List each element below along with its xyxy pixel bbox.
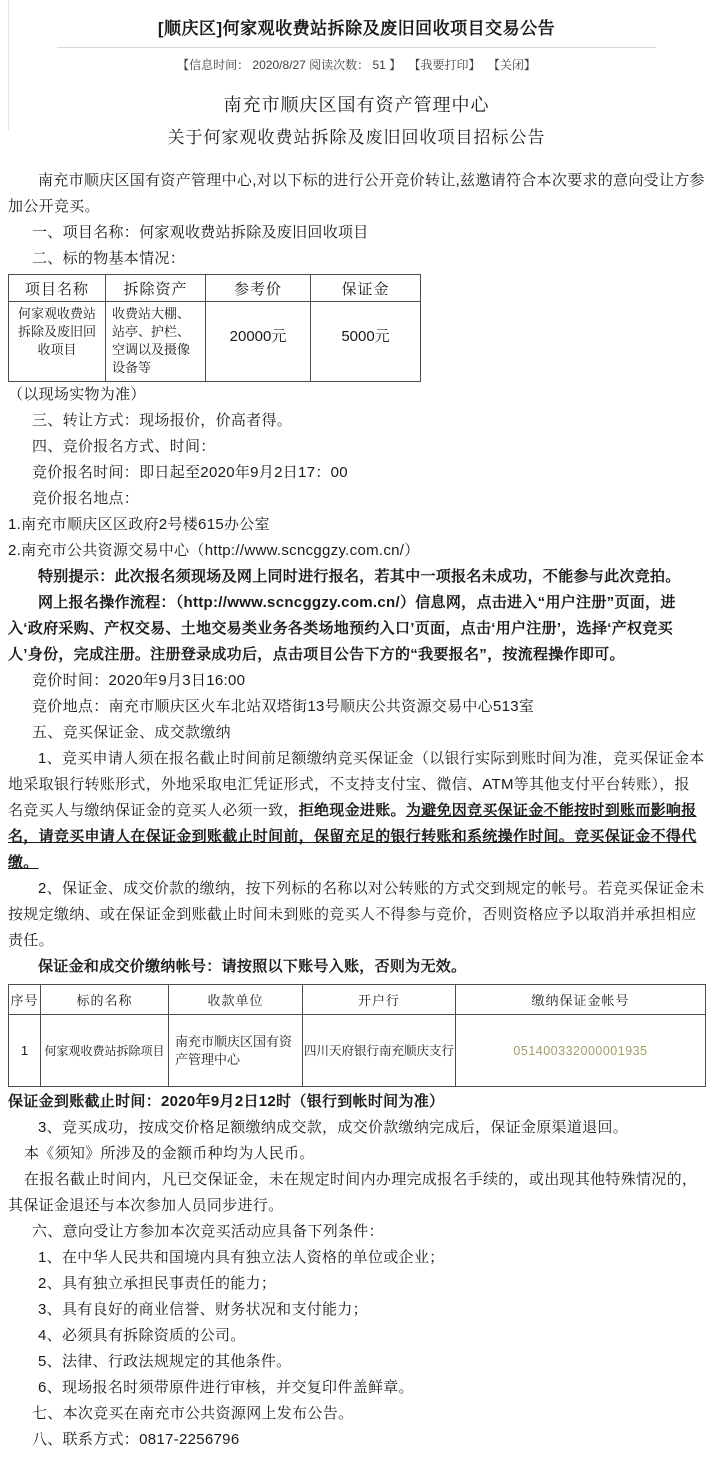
condition-item-1: 1、在中华人民共和国境内具有独立法人资格的单位或企业；: [8, 1245, 705, 1271]
section-subject-info: 二、标的物基本情况：: [8, 246, 705, 272]
signup-time: 竞价报名时间：即日起至2020年9月2日17：00: [8, 460, 705, 486]
condition-item-3: 3、具有良好的商业信誉、财务状况和支付能力；: [8, 1297, 705, 1323]
section-contact: 八、联系方式：0817-2256796: [8, 1427, 705, 1453]
print-button[interactable]: 【我要打印】: [409, 58, 481, 72]
table-row: 何家观收费站拆除及废旧回收项目 收费站大棚、站亭、护栏、空调以及摄像设备等 20…: [9, 302, 421, 382]
signup-place-2: 2.南充市公共资源交易中心（http://www.scncggzy.com.cn…: [8, 538, 705, 564]
table-row: 1 何家观收费站拆除项目 南充市顺庆区国有资产管理中心 四川天府银行南充顺庆支行…: [9, 1015, 706, 1087]
deposit-paragraph-2: 2、保证金、成交价款的缴纳，按下列标的名称以对公转账的方式交到规定的帐号。若竞买…: [8, 876, 705, 954]
col-bank: 开户行: [303, 985, 456, 1015]
title-divider: [57, 47, 656, 48]
section-deposit-payment: 五、竞买保证金、成交款缴纳: [8, 720, 705, 746]
bid-time: 竞价时间：2020年9月3日16:00: [8, 668, 705, 694]
subject-info-table: 项目名称 拆除资产 参考价 保证金 何家观收费站拆除及废旧回收项目 收费站大棚、…: [8, 274, 421, 382]
section-publish-site: 七、本次竞买在南充市公共资源网上发布公告。: [8, 1401, 705, 1427]
page-left-border: [8, 0, 9, 130]
condition-item-4: 4、必须具有拆除资质的公司。: [8, 1323, 705, 1349]
cell-deposit-account: 051400332000001935: [456, 1015, 706, 1087]
deposit-paragraph-3: 3、竞买成功，按成交价格足额缴纳成交款，成交价款缴纳完成后，保证金原渠道退回。: [8, 1115, 705, 1141]
deposit-deadline: 保证金到账截止时间：2020年9月2日12时（银行到帐时间为准）: [8, 1089, 705, 1115]
announcement-page: [顺庆区]何家观收费站拆除及废旧回收项目交易公告 【信息时间： 2020/8/2…: [0, 0, 713, 1473]
table-header-row: 项目名称 拆除资产 参考价 保证金: [9, 275, 421, 302]
section-conditions: 六、意向受让方参加本次竞买活动应具备下列条件：: [8, 1219, 705, 1245]
deposit-p1-bold: 拒绝现金进账。: [299, 802, 406, 819]
account-notice: 保证金和成交价缴纳帐号：请按照以下账号入账，否则为无效。: [8, 954, 705, 980]
cell-deposit: 5000元: [311, 302, 421, 382]
section-project-name: 一、项目名称：何家观收费站拆除及废旧回收项目: [8, 220, 705, 246]
bid-place: 竞价地点：南充市顺庆区火车北站双塔街13号顺庆公共资源交易中心513室: [8, 694, 705, 720]
close-button[interactable]: 【关闭】: [488, 58, 536, 72]
signup-place-1: 1.南充市顺庆区区政府2号楼615办公室: [8, 512, 705, 538]
page-title: [顺庆区]何家观收费站拆除及废旧回收项目交易公告: [8, 0, 705, 47]
col-subject-name: 标的名称: [41, 985, 169, 1015]
cell-project-name: 何家观收费站拆除及废旧回收项目: [9, 302, 106, 382]
currency-note: 本《须知》所涉及的金额币种均为人民币。: [8, 1141, 705, 1167]
condition-item-6: 6、现场报名时须带原件进行审核，并交复印件盖鲜章。: [8, 1375, 705, 1401]
section-transfer-method: 三、转让方式：现场报价，价高者得。: [8, 408, 705, 434]
col-reference-price: 参考价: [206, 275, 311, 302]
table-header-row: 序号 标的名称 收款单位 开户行 缴纳保证金帐号: [9, 985, 706, 1015]
cell-subject-name: 何家观收费站拆除项目: [41, 1015, 169, 1087]
announcement-subtitle: 关于何家观收费站拆除及废旧回收项目招标公告: [8, 123, 705, 148]
special-tip: 特别提示：此次报名须现场及网上同时进行报名，若其中一项报名未成功，不能参与此次竞…: [8, 564, 705, 590]
payment-account-table: 序号 标的名称 收款单位 开户行 缴纳保证金帐号 1 何家观收费站拆除项目 南充…: [8, 984, 706, 1087]
cell-reference-price: 20000元: [206, 302, 311, 382]
col-project-name: 项目名称: [9, 275, 106, 302]
cell-serial-no: 1: [9, 1015, 41, 1087]
cell-demolition-assets: 收费站大棚、站亭、护栏、空调以及摄像设备等: [106, 302, 206, 382]
intro-paragraph: 南充市顺庆区国有资产管理中心,对以下标的进行公开竞价转让,兹邀请符合本次要求的意…: [8, 168, 705, 220]
col-deposit: 保证金: [311, 275, 421, 302]
info-time-views: 【信息时间： 2020/8/27 阅读次数： 51 】: [177, 58, 401, 72]
org-name-heading: 南充市顺庆区国有资产管理中心: [8, 91, 705, 117]
table-note: （以现场实物为准）: [8, 382, 705, 408]
info-bar: 【信息时间： 2020/8/27 阅读次数： 51 】 【我要打印】 【关闭】: [8, 56, 705, 73]
condition-item-5: 5、法律、行政法规规定的其他条件。: [8, 1349, 705, 1375]
online-process: 网上报名操作流程：（http://www.scncggzy.com.cn/）信息…: [8, 590, 705, 668]
col-serial-no: 序号: [9, 985, 41, 1015]
col-payee-unit: 收款单位: [169, 985, 303, 1015]
cell-payee-unit: 南充市顺庆区国有资产管理中心: [169, 1015, 303, 1087]
refund-note: 在报名截止时间内，凡已交保证金，未在规定时间内办理完成报名手续的，或出现其他特殊…: [8, 1167, 705, 1219]
signup-place-label: 竞价报名地点：: [8, 486, 705, 512]
col-deposit-account: 缴纳保证金帐号: [456, 985, 706, 1015]
deposit-paragraph-1: 1、竞买申请人须在报名截止时间前足额缴纳竞买保证金（以银行实际到账时间为准，竞买…: [8, 746, 705, 876]
cell-bank: 四川天府银行南充顺庆支行: [303, 1015, 456, 1087]
col-demolition-assets: 拆除资产: [106, 275, 206, 302]
section-signup-method: 四、竞价报名方式、时间：: [8, 434, 705, 460]
condition-item-2: 2、具有独立承担民事责任的能力；: [8, 1271, 705, 1297]
